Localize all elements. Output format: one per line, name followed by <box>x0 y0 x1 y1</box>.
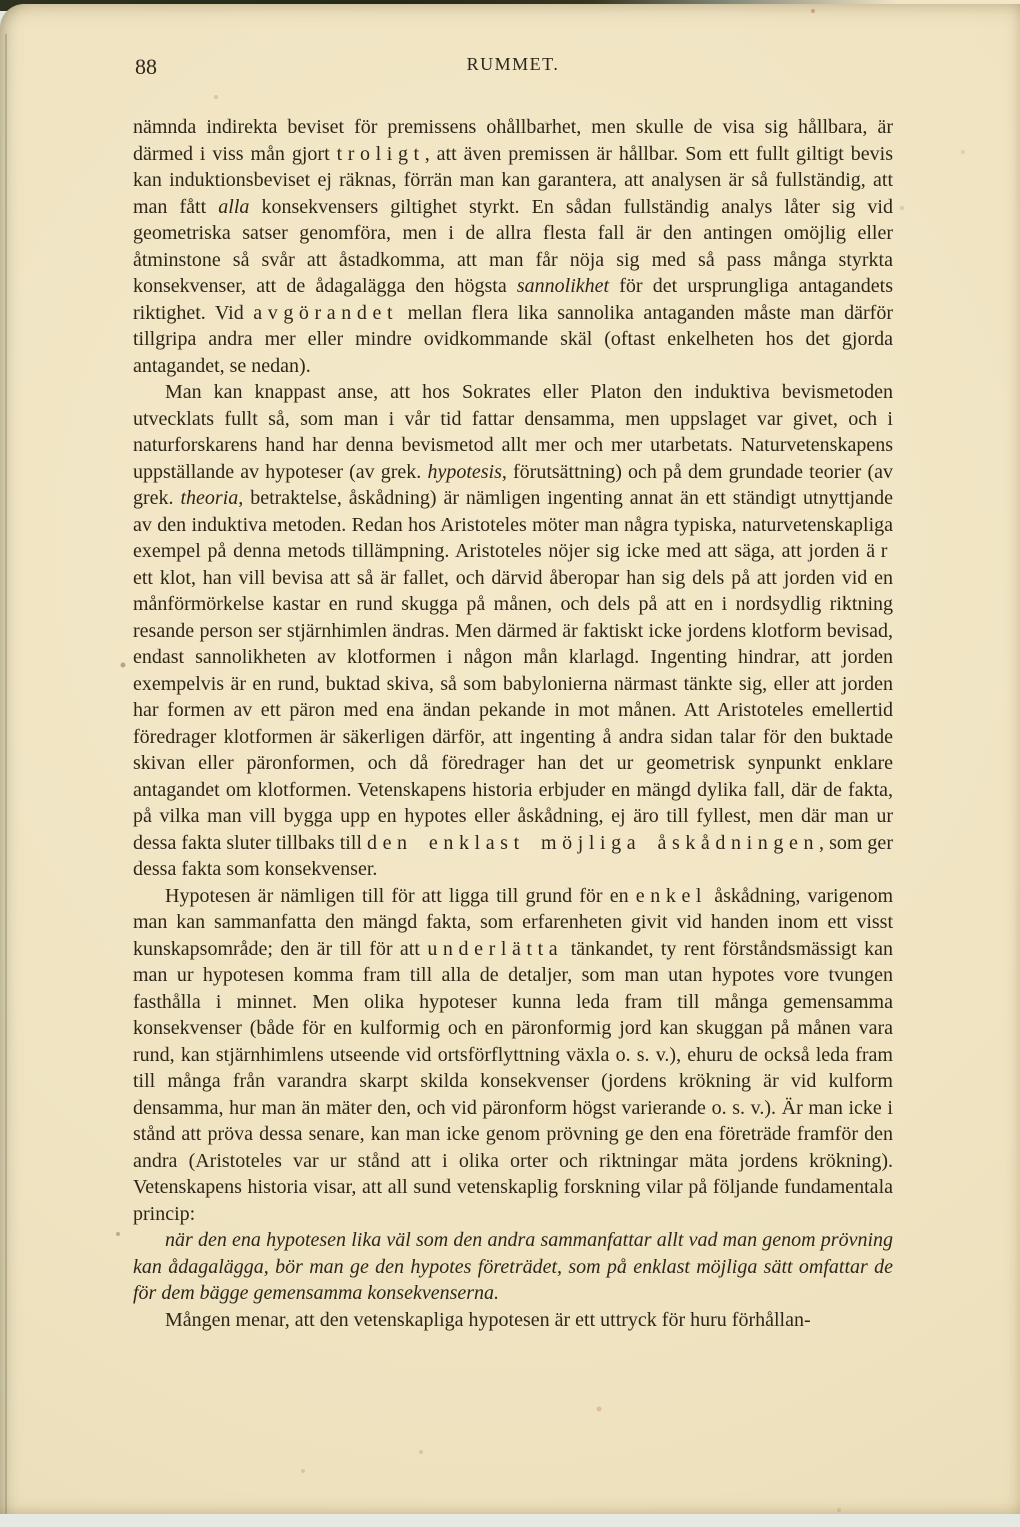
paragraph: när den ena hypotesen lika väl som den a… <box>133 1227 893 1307</box>
paragraph: Man kan knappast anse, att hos Sokrates … <box>133 379 893 883</box>
running-title: RUMMET. <box>133 54 893 75</box>
paragraph: Hypotesen är nämligen till för att ligga… <box>133 883 893 1228</box>
scanned-book-page: 88 RUMMET. nämnda indirekta beviset för … <box>0 0 1020 1527</box>
paragraph: nämnda indirekta beviset för premissens … <box>133 114 893 379</box>
page-header: 88 RUMMET. <box>133 54 893 84</box>
paragraph: Mången menar, att den vetenskapliga hypo… <box>133 1307 893 1334</box>
paper-specks <box>0 4 2 6</box>
page-number: 88 <box>135 54 157 80</box>
page-content: 88 RUMMET. nämnda indirekta beviset för … <box>133 54 893 1333</box>
book-page: 88 RUMMET. nämnda indirekta beviset för … <box>0 4 1020 1514</box>
text-block: nämnda indirekta beviset för premissens … <box>133 114 893 1333</box>
